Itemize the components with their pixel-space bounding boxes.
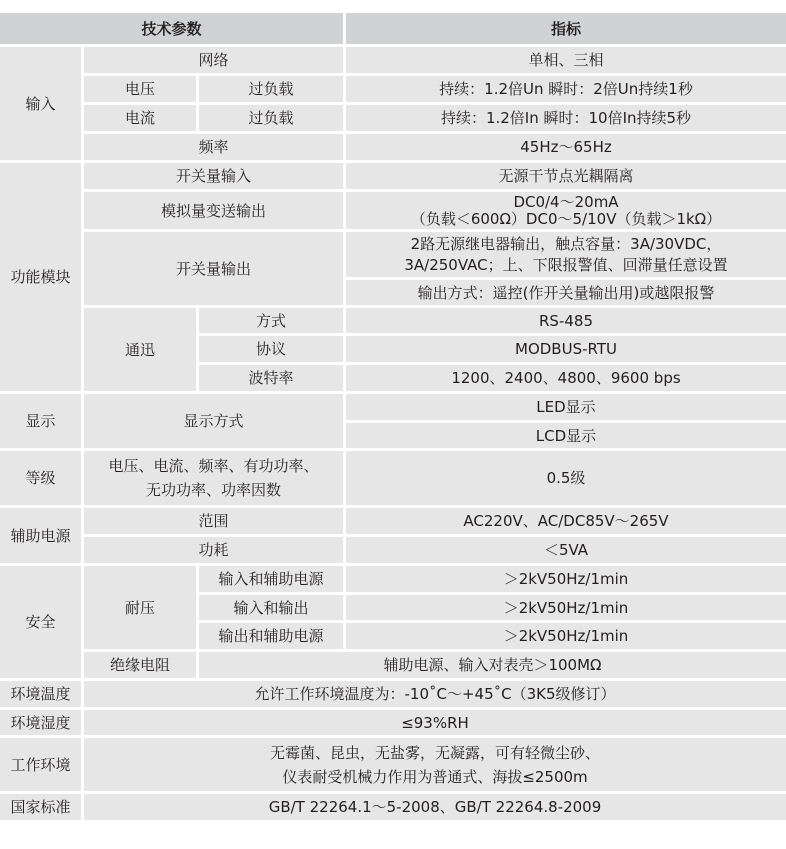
- work-env-line1: 无霉菌、昆虫，无盐雾，无凝露，可有轻微尘砂、: [270, 741, 600, 765]
- current-value: 持续：1.2倍In 瞬时：10倍In持续5秒: [346, 105, 786, 131]
- header-param: 技术参数: [0, 13, 343, 44]
- voltage-sub: 过负载: [199, 76, 343, 102]
- grade-value: 0.5级: [346, 451, 786, 505]
- comm-baud-value: 1200、2400、4800、9600 bps: [346, 365, 786, 391]
- comm-protocol-value: MODBUS-RTU: [346, 336, 786, 362]
- switch-out-line1: 2路无源继电器输出，触点容量：3A/30VDC，: [411, 234, 722, 255]
- insulation-value: 辅助电源、输入对表壳＞100MΩ: [199, 652, 786, 678]
- voltage-name: 电压: [84, 76, 196, 102]
- current-sub: 过负载: [199, 105, 343, 131]
- grade-label: 等级: [0, 451, 81, 505]
- switch-out-line2: 3A/250VAC；上、下限报警值、回滞量任意设置: [404, 255, 727, 276]
- network-name: 网络: [84, 47, 343, 73]
- analog-out-value: DC0/4～20mA （负载＜600Ω）DC0～5/10V（负载＞1kΩ）: [346, 192, 786, 229]
- aux-range-name: 范围: [84, 508, 343, 534]
- analog-out-line1: DC0/4～20mA: [513, 194, 618, 211]
- insulation-name: 绝缘电阻: [84, 652, 196, 678]
- comm-mode-name: 方式: [199, 308, 343, 333]
- withstand-item-name: 输入和输出: [199, 595, 343, 620]
- comm-protocol-name: 协议: [199, 336, 343, 362]
- standard-label: 国家标准: [0, 794, 81, 820]
- aux-consumption-value: ＜5VA: [346, 537, 786, 563]
- network-value: 单相、三相: [346, 47, 786, 73]
- withstand-item-value: ＞2kV50Hz/1min: [346, 595, 786, 620]
- aux-power-label: 辅助电源: [0, 508, 81, 563]
- voltage-value: 持续：1.2倍Un 瞬时：2倍Un持续1秒: [346, 76, 786, 102]
- switch-out-value2: 输出方式：遥控(作开关量输出用)或越限报警: [346, 280, 786, 305]
- switch-in-name: 开关量输入: [84, 163, 343, 189]
- function-label: 功能模块: [0, 163, 81, 391]
- comm-baud-name: 波特率: [199, 365, 343, 391]
- env-temp-label: 环境温度: [0, 681, 81, 707]
- env-temp-value: 允许工作环境温度为：-10˚C～+45˚C（3K5级修订）: [84, 681, 786, 707]
- grade-name-line2: 无功功率、功率因数: [146, 478, 281, 502]
- frequency-value: 45Hz～65Hz: [346, 134, 786, 160]
- withstand-item-value: ＞2kV50Hz/1min: [346, 566, 786, 592]
- display-label: 显示: [0, 394, 81, 448]
- switch-out-value: 2路无源继电器输出，触点容量：3A/30VDC， 3A/250VAC；上、下限报…: [346, 232, 786, 277]
- display-value-lcd: LCD显示: [346, 423, 786, 448]
- analog-out-line2: （负载＜600Ω）DC0～5/10V（负载＞1kΩ）: [411, 211, 721, 228]
- analog-out-name: 模拟量变送输出: [84, 192, 343, 229]
- current-name: 电流: [84, 105, 196, 131]
- withstand-name: 耐压: [84, 566, 196, 649]
- withstand-item-name: 输入和辅助电源: [199, 566, 343, 592]
- aux-consumption-name: 功耗: [84, 537, 343, 563]
- frequency-name: 频率: [84, 134, 343, 160]
- grade-name: 电压、电流、频率、有功功率、 无功功率、功率因数: [84, 451, 343, 505]
- display-name: 显示方式: [84, 394, 343, 448]
- comm-name: 通迅: [84, 308, 196, 391]
- env-humidity-label: 环境湿度: [0, 710, 81, 735]
- aux-range-value: AC220V、AC/DC85V～265V: [346, 508, 786, 534]
- switch-out-name: 开关量输出: [84, 232, 343, 305]
- safety-label: 安全: [0, 566, 81, 678]
- withstand-item-name: 输出和辅助电源: [199, 623, 343, 649]
- header-spec: 指标: [346, 13, 786, 44]
- switch-in-value: 无源干节点光耦隔离: [346, 163, 786, 189]
- work-env-label: 工作环境: [0, 738, 81, 791]
- withstand-item-value: ＞2kV50Hz/1min: [346, 623, 786, 649]
- grade-name-line1: 电压、电流、频率、有功功率、: [108, 454, 318, 478]
- standard-value: GB/T 22264.1～5-2008、GB/T 22264.8-2009: [84, 794, 786, 820]
- work-env-value: 无霉菌、昆虫，无盐雾，无凝露，可有轻微尘砂、 仪表耐受机械力作用为普通式、海拔≤…: [84, 738, 786, 791]
- env-humidity-value: ≤93%RH: [84, 710, 786, 735]
- spec-table: 技术参数 指标 输入 网络 单相、三相 电压 过负载 持续：1.2倍Un 瞬时：…: [0, 13, 786, 820]
- display-value-led: LED显示: [346, 394, 786, 420]
- work-env-line2: 仪表耐受机械力作用为普通式、海拔≤2500m: [282, 765, 587, 789]
- input-label: 输入: [0, 47, 81, 160]
- comm-mode-value: RS-485: [346, 308, 786, 333]
